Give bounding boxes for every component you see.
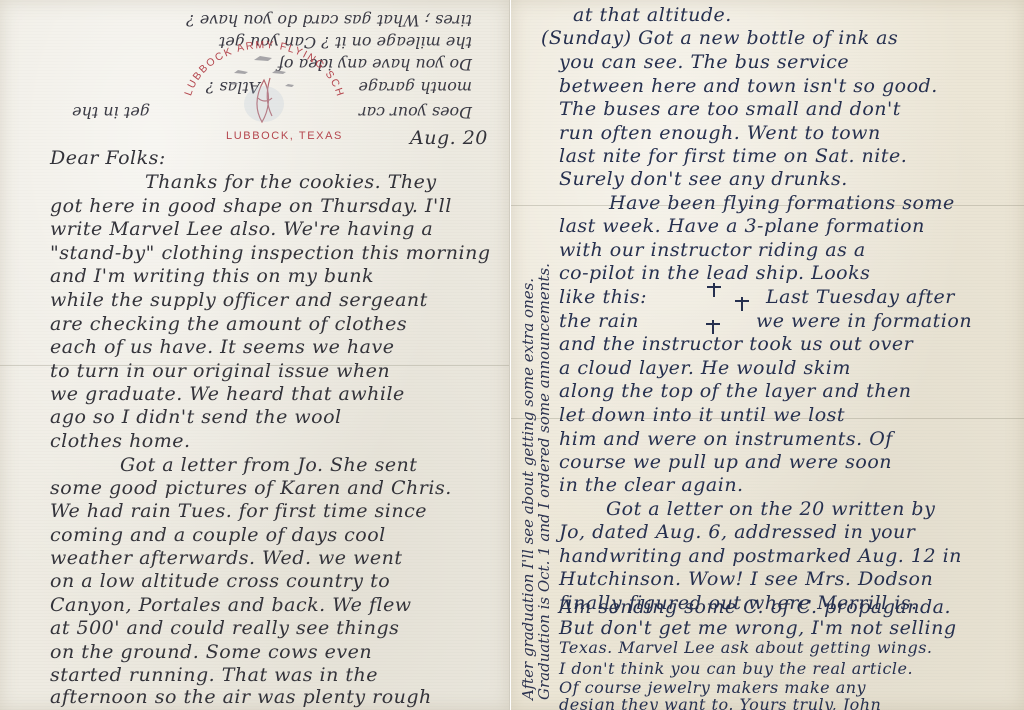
letter-line: I don't think you can buy the real artic… [559, 659, 913, 678]
upside-down-note-line: month garage [358, 78, 472, 97]
letter-line: write Marvel Lee also. We're having a [50, 218, 433, 240]
plane-icon [707, 283, 721, 297]
letter-line: let down into it until we lost [559, 404, 845, 426]
letter-line: got here in good shape on Thursday. I'll [50, 195, 452, 217]
letter-line: Thanks for the cookies. They [145, 171, 437, 193]
letter-line: and the instructor took us out over [559, 333, 913, 355]
letter-line: Surely don't see any drunks. [559, 168, 848, 190]
letter-line: We had rain Tues. for first time since [50, 500, 427, 522]
letter-line: some good pictures of Karen and Chris. [50, 477, 452, 499]
upside-down-note-line: Does your car [359, 103, 472, 122]
letter-line: Got a letter from Jo. She sent [120, 454, 417, 476]
letter-line: Canyon, Portales and back. We flew [50, 594, 412, 616]
letter-page-1: tires ; What gas card do you have ? the … [0, 0, 510, 710]
letter-line: the rain [559, 310, 639, 332]
letter-line: him and were on instruments. Of [559, 428, 893, 450]
letter-page-2: After graduation I'll see about getting … [511, 0, 1024, 710]
letterhead-emblem-icon: LUBBOCK ARMY FLYING SCHOOL [178, 38, 348, 138]
letter-line: afternoon so the air was plenty rough [50, 686, 432, 708]
letter-line: clothes home. [50, 430, 191, 452]
letter-line: between here and town isn't so good. [559, 75, 938, 97]
letter-line: at 500' and could really see things [50, 617, 399, 639]
letter-line: with our instructor riding as a [559, 239, 866, 261]
letter-line: in the clear again. [559, 474, 744, 496]
letter-line: you can see. The bus service [559, 51, 849, 73]
upside-down-note-line: get in the [72, 103, 150, 122]
letter-line: Am sending some C. of C. propaganda. [559, 596, 951, 618]
letter-date: Aug. 20 [410, 127, 488, 149]
letter-line: and I'm writing this on my bunk [50, 265, 374, 287]
letter-line: coming and a couple of days cool [50, 524, 386, 546]
letter-line: co-pilot in the lead ship. Looks [559, 262, 870, 284]
letterhead-location: LUBBOCK, TEXAS [226, 130, 343, 142]
letter-line: Hutchinson. Wow! I see Mrs. Dodson [559, 568, 933, 590]
letter-line: are checking the amount of clothes [50, 313, 407, 335]
letter-line: weather afterwards. Wed. we went [50, 547, 402, 569]
letter-line: we were in formation [756, 310, 972, 332]
letter-line: started running. That was in the [50, 664, 378, 686]
letter-line: at that altitude. [573, 4, 732, 26]
letter-line: a cloud layer. He would skim [559, 357, 851, 379]
letter-line: Last Tuesday after [766, 286, 955, 308]
letter-line: Got a letter on the 20 written by [606, 498, 935, 520]
letter-line: The buses are too small and don't [559, 98, 901, 120]
letter-line: on a low altitude cross country to [50, 570, 390, 592]
upside-down-note-line: tires ; What gas card do you have ? [186, 11, 472, 30]
plane-icon [735, 297, 749, 311]
salutation: Dear Folks: [50, 147, 166, 169]
letter-line: we graduate. We heard that awhile [50, 383, 405, 405]
plane-icon [706, 320, 720, 334]
letter-line: to turn in our original issue when [50, 360, 390, 382]
letter-line: like this: [559, 286, 647, 308]
letter-line: each of us have. It seems we have [50, 336, 394, 358]
letterhead: LUBBOCK ARMY FLYING SCHOOL LUBBOCK, TEXA… [178, 38, 348, 150]
letter-closing: design they want to. Yours truly, John [559, 695, 881, 710]
letter-line: run often enough. Went to town [559, 122, 881, 144]
letter-line: Jo, dated Aug. 6, addressed in your [559, 521, 915, 543]
letter-line: "stand-by" clothing inspection this morn… [50, 242, 491, 264]
letter-line: handwriting and postmarked Aug. 12 in [559, 545, 962, 567]
letter-line: while the supply officer and sergeant [50, 289, 428, 311]
letter-line: Have been flying formations some [609, 192, 955, 214]
letter-line: last week. Have a 3-plane formation [559, 215, 925, 237]
letter-line: ago so I didn't send the wool [50, 406, 342, 428]
letter-line: Texas. Marvel Lee ask about getting wing… [559, 638, 933, 657]
margin-note: Graduation is Oct. 1 and I ordered some … [535, 263, 553, 700]
letter-line: last nite for first time on Sat. nite. [559, 145, 907, 167]
letter-line: along the top of the layer and then [559, 380, 912, 402]
letter-line: on the ground. Some cows even [50, 641, 372, 663]
letter-line: course we pull up and were soon [559, 451, 892, 473]
letter-line: But don't get me wrong, I'm not selling [559, 617, 957, 639]
letter-line: (Sunday) Got a new bottle of ink as [541, 27, 898, 49]
